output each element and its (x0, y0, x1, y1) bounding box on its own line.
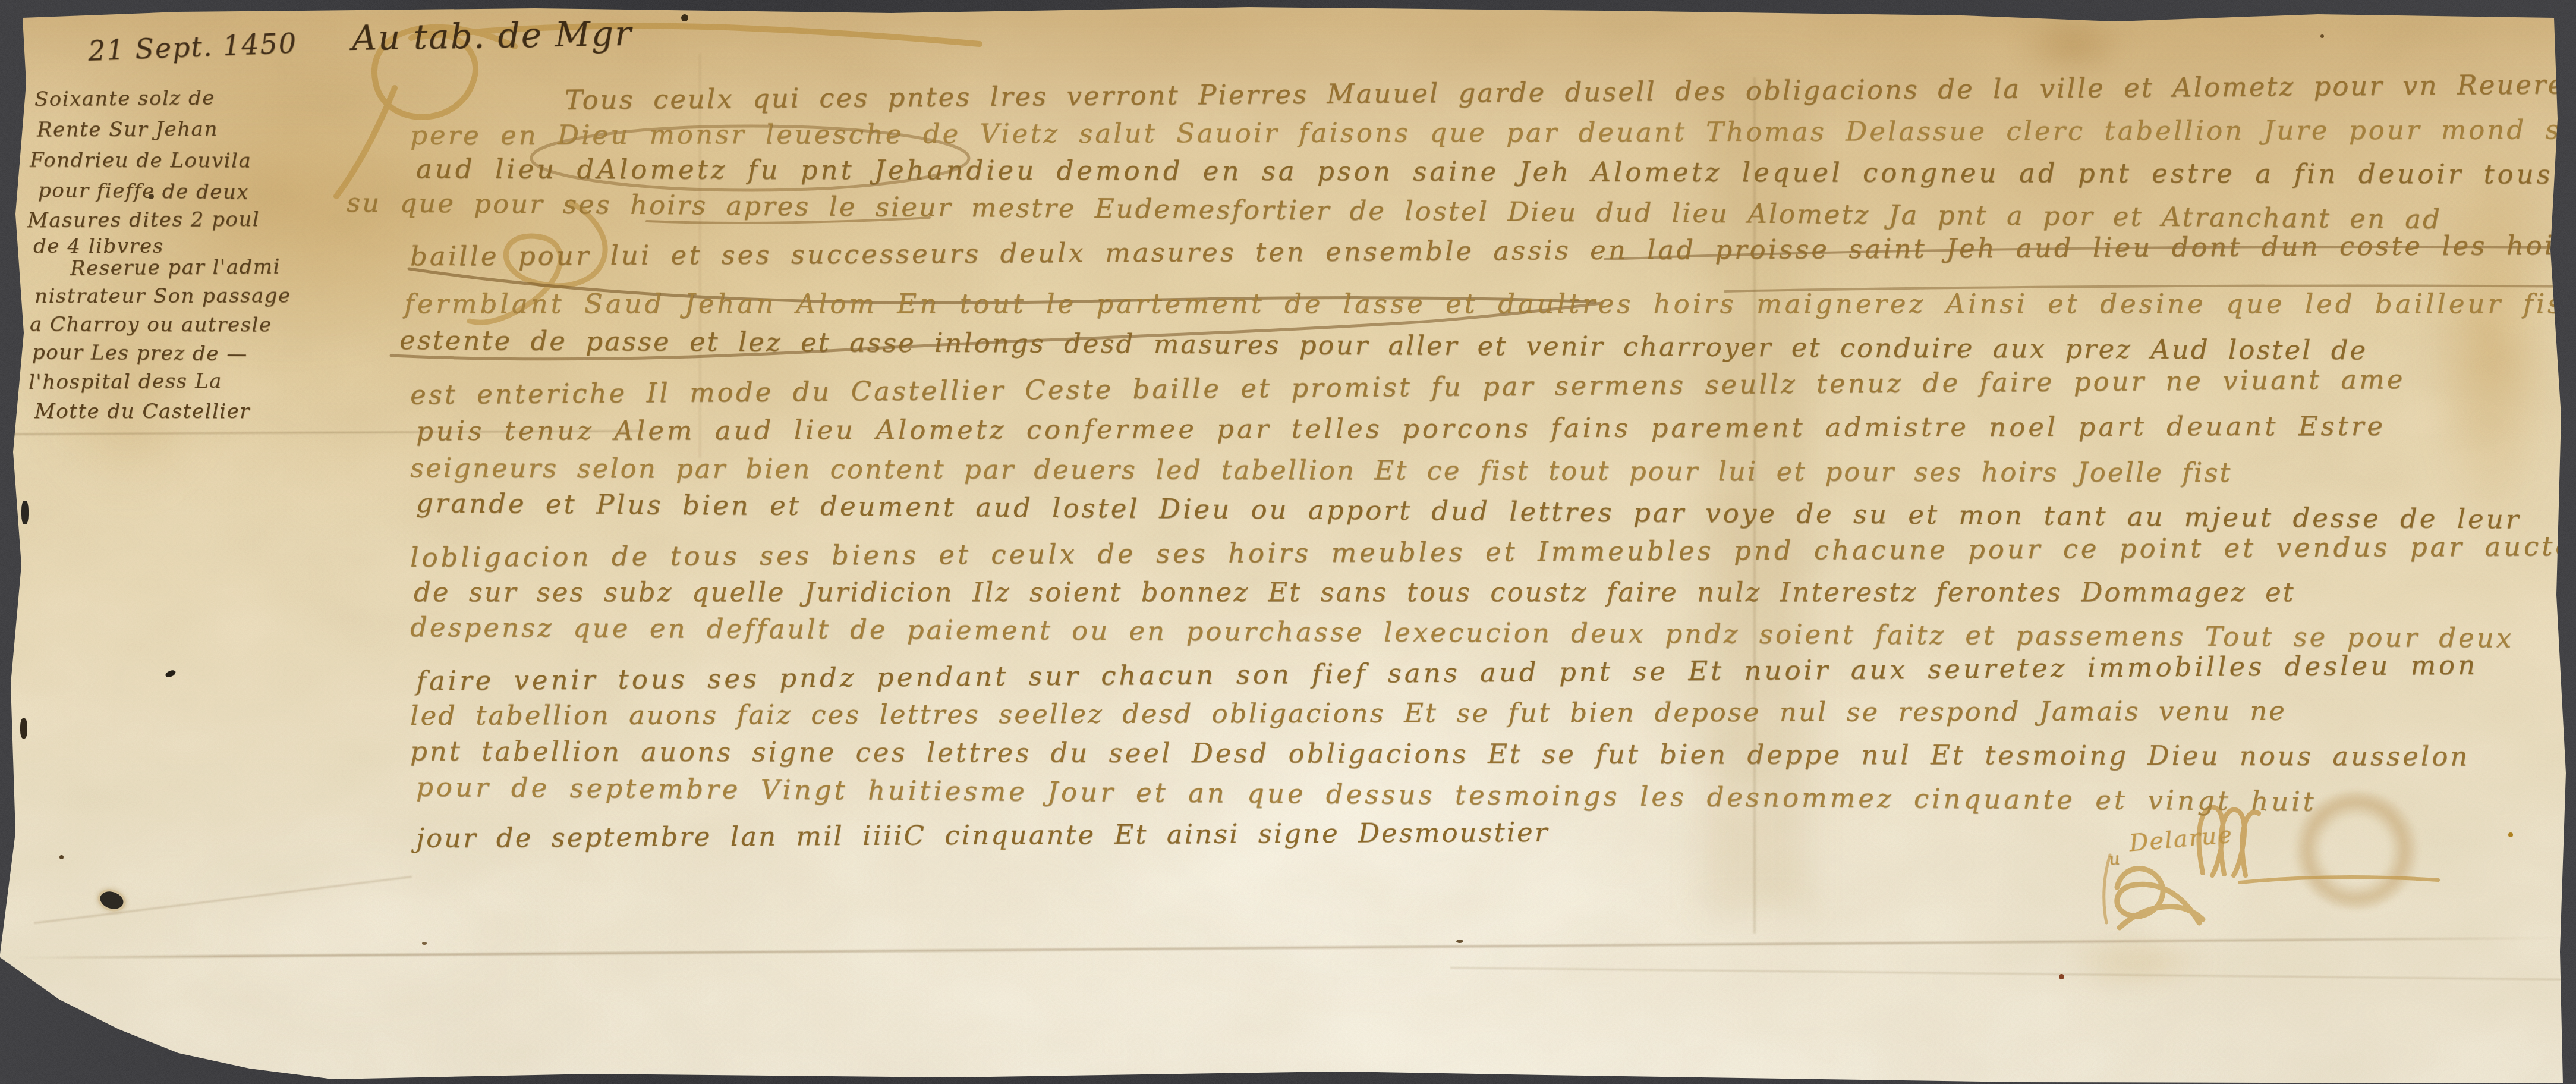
body-text-line: faire venir tous ses pndz pendant sur ch… (416, 649, 2478, 696)
body-text-line: puis tenuz Alem aud lieu Alometz conferm… (416, 410, 2386, 447)
margin-note-line: pour fieffe de deux (38, 179, 249, 205)
body-text-line: led tabellion auons faiz ces lettres see… (410, 695, 2287, 731)
body-text-line: grande et Plus bien et deument aud loste… (416, 487, 2521, 535)
body-text-line: pnt tabellion auons signe ces lettres du… (410, 735, 2470, 772)
body-text-line: aud lieu dAlometz fu pnt Jehandieu demon… (416, 153, 2576, 190)
body-text-line: seigneurs selon par bien content par deu… (410, 452, 2232, 488)
signature-underline (2240, 877, 2438, 882)
body-text-line: de sur ses subz quelle Juridicion Ilz so… (414, 576, 2295, 608)
edge-tear (4, 636, 10, 654)
body-text-line: pere en Dieu monsr leuesche de Vietz sal… (410, 114, 2576, 151)
parchment-hole (98, 889, 126, 912)
body-text-line: despensz que en deffault de paiement ou … (410, 611, 2514, 654)
heading-annotation: Au tab. de Mgr (351, 13, 632, 58)
tear-mark (1456, 940, 1463, 943)
body-text-line: estente de passe et lez et asse inlongs … (399, 324, 2367, 366)
crease-line (18, 937, 2562, 959)
body-text-line: jour de septembre lan mil iiiiC cinquant… (416, 816, 1549, 854)
body-text-line: fermblant Saud Jehan Alom En tout le par… (404, 288, 2576, 319)
crease-line (1450, 967, 2568, 981)
ink-speck (681, 14, 688, 21)
edge-tear (21, 501, 29, 524)
parchment: 21 Sept. 1450 Au tab. de Mgr Soixante so… (0, 0, 2576, 1084)
ink-speck (422, 942, 427, 945)
body-text-line: baille pour lui et ses successeurs deulx… (410, 229, 2576, 272)
signature-monogram (2117, 868, 2203, 928)
margin-note-line: Reserue par l'admi (70, 255, 281, 281)
margin-note-line: Soixante solz de (34, 86, 215, 111)
margin-note-line: a Charroy ou autresle (30, 312, 272, 337)
ink-speck (2320, 34, 2324, 38)
ink-speck (59, 855, 64, 859)
margin-note-line: Motte du Castellier (34, 400, 250, 423)
red-speck (2059, 974, 2064, 979)
margin-note-line: de 4 libvres (33, 234, 164, 258)
margin-note-line: Masures dites 2 poul (27, 208, 260, 232)
body-text-line: su que pour ses hoirs apres le sieur mes… (347, 187, 2442, 235)
body-text-line: pour de septembre Vingt huitiesme Jour e… (416, 771, 2317, 817)
margin-note-line: Rente Sur Jehan (37, 118, 218, 142)
margin-note-line: pour Les prez de — (32, 341, 248, 366)
signature-name: Delarue (2128, 821, 2234, 857)
manuscript-photo: 21 Sept. 1450 Au tab. de Mgr Soixante so… (0, 0, 2576, 1084)
date-annotation: 21 Sept. 1450 (87, 27, 298, 67)
edge-tear (20, 718, 27, 739)
body-text-line: Tous ceulx qui ces pntes lres verront Pi… (565, 68, 2576, 116)
body-text-line: lobligacion de tous ses biens et ceulx d… (410, 530, 2576, 573)
margin-note-line: nistrateur Son passage (34, 284, 291, 308)
body-text-line: est enteriche Il mode du Castellier Cest… (410, 363, 2405, 410)
tear-mark (165, 669, 177, 678)
margin-note-line: l'hospital dess La (29, 369, 222, 394)
signature-mark: u (2108, 849, 2121, 869)
red-speck (2508, 832, 2513, 837)
stain (2039, 923, 2235, 1000)
crease-line (34, 876, 412, 924)
margin-note-line: Fondrieu de Louvila (30, 149, 251, 173)
